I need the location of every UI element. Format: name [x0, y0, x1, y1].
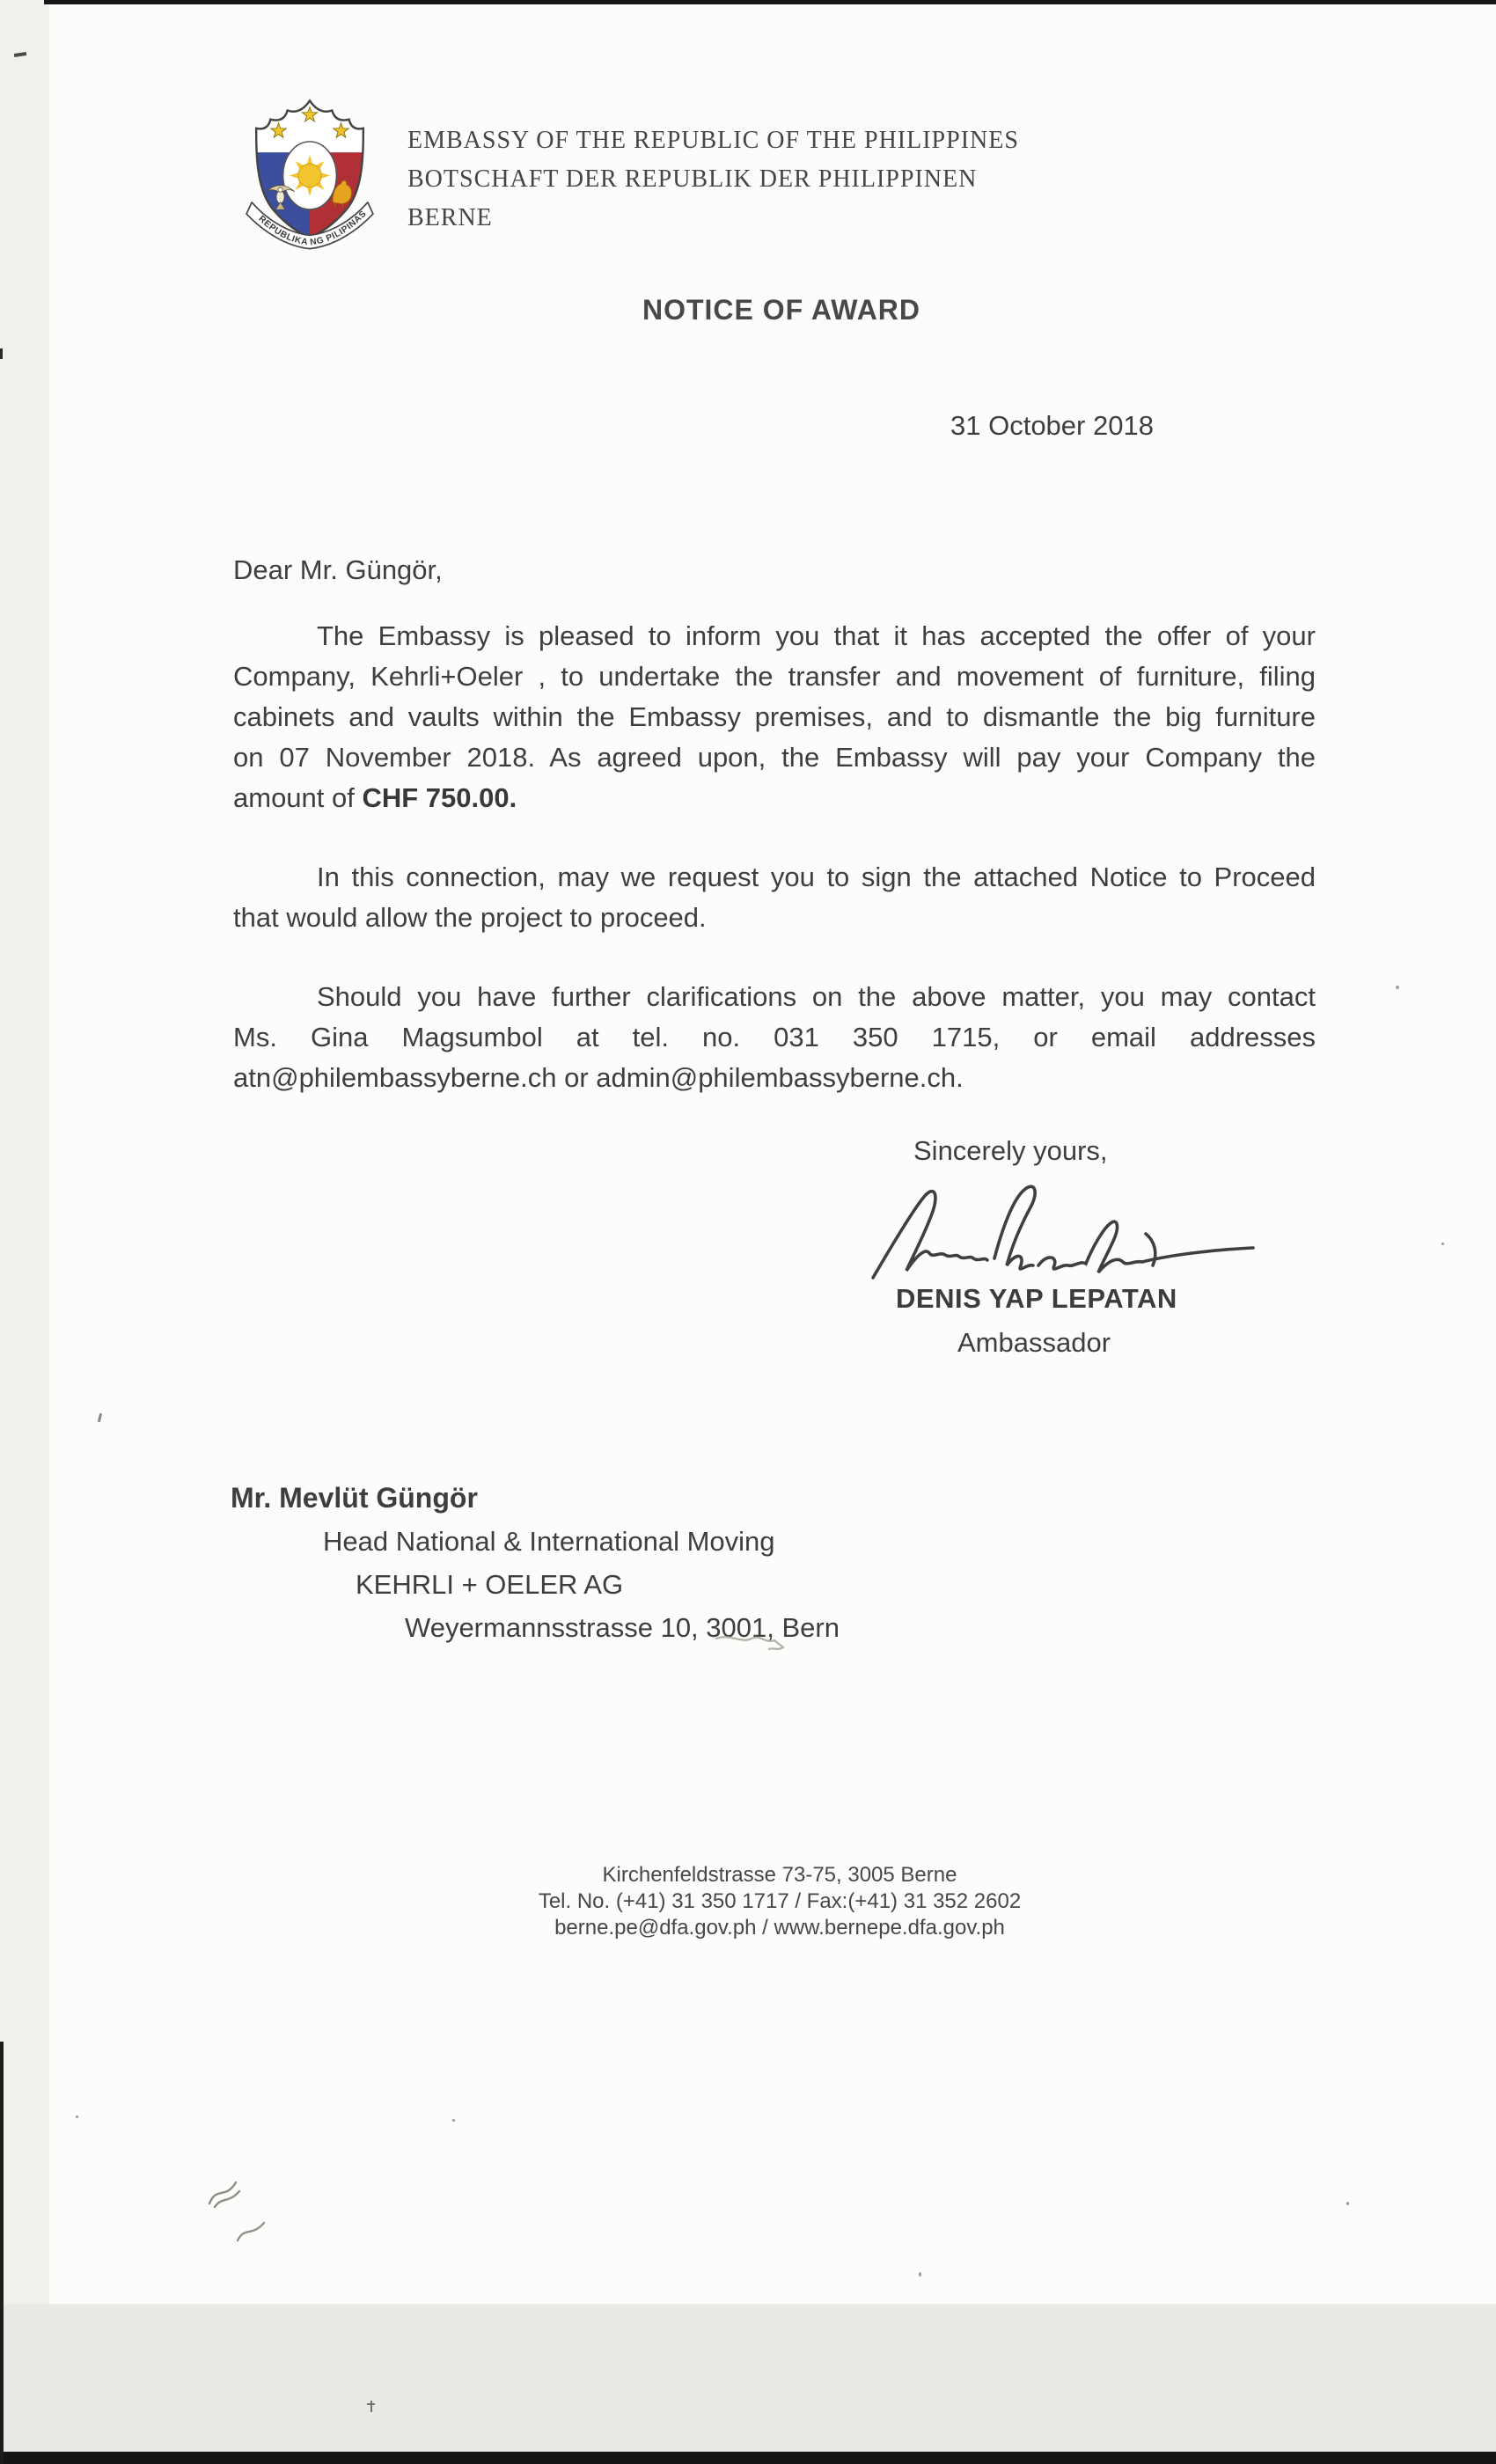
letter-date: 31 October 2018	[950, 410, 1154, 442]
pencil-scribble	[208, 2175, 246, 2218]
body-paragraph: The Embassy is pleased to inform you tha…	[233, 616, 1316, 818]
paragraph-line: In this connection, may we request you t…	[233, 857, 1316, 898]
body-paragraph: Should you have further clarifications o…	[233, 977, 1316, 1098]
paragraph-line: amount of CHF 750.00.	[233, 778, 1316, 818]
embassy-seal: REPUBLIKA NG PILIPINAS	[243, 97, 377, 258]
paragraph-line: on 07 November 2018. As agreed upon, the…	[233, 737, 1316, 778]
scan-artifact	[370, 2401, 372, 2412]
footer-email-web: berne.pe@dfa.gov.ph / www.bernepe.dfa.go…	[539, 1915, 1021, 1941]
philippine-coat-of-arms-icon: REPUBLIKA NG PILIPINAS	[243, 97, 377, 253]
scan-artifact	[1396, 986, 1399, 989]
scanner-edge-bottom	[0, 2452, 1496, 2464]
paragraph-line: The Embassy is pleased to inform you tha…	[233, 616, 1316, 656]
recipient-company: KEHRLI + OELER AG	[231, 1563, 840, 1606]
pencil-mark	[715, 1630, 787, 1659]
letterhead: EMBASSY OF THE REPUBLIC OF THE PHILIPPIN…	[407, 121, 1019, 238]
org-name-en: EMBASSY OF THE REPUBLIC OF THE PHILIPPIN…	[407, 121, 1019, 160]
recipient-block: Mr. Mevlüt Güngör Head National & Intern…	[231, 1477, 840, 1649]
body-paragraph: In this connection, may we request you t…	[233, 857, 1316, 938]
scan-speck	[1346, 2202, 1349, 2205]
letter-title: NOTICE OF AWARD	[642, 294, 920, 326]
paragraph-line: cabinets and vaults within the Embassy p…	[233, 697, 1316, 737]
scan-speck	[1441, 1243, 1444, 1245]
scan-speck	[76, 2116, 78, 2118]
paragraph-line: that would allow the project to proceed.	[233, 898, 1316, 938]
scanner-edge-top	[44, 0, 1496, 4]
scanner-edge-left	[0, 2042, 4, 2464]
scan-artifact	[98, 1413, 102, 1422]
pencil-scribble	[234, 2214, 268, 2252]
paragraph-line: Ms. Gina Magsumbol at tel. no. 031 350 1…	[233, 1017, 1316, 1058]
recipient-name: Mr. Mevlüt Güngör	[231, 1477, 840, 1520]
scan-bottom-shade	[0, 2304, 1496, 2464]
scan-artifact	[367, 2403, 375, 2405]
footer-phone-fax: Tel. No. (+41) 31 350 1717 / Fax:(+41) 3…	[539, 1888, 1021, 1915]
paragraph-line: Company, Kehrli+Oeler , to undertake the…	[233, 656, 1316, 697]
footer-address: Kirchenfeldstrasse 73-75, 3005 Berne	[539, 1862, 1021, 1888]
scan-speck	[919, 2272, 921, 2277]
scanned-letter-page: REPUBLIKA NG PILIPINAS EMBASSY OF THE RE…	[0, 0, 1496, 2464]
valediction: Sincerely yours,	[913, 1135, 1108, 1167]
letter-body: The Embassy is pleased to inform you tha…	[233, 616, 1316, 1137]
handwritten-signature-icon	[862, 1170, 1267, 1311]
org-name-de: BOTSCHAFT DER REPUBLIK DER PHILIPPINEN	[407, 160, 1019, 199]
recipient-role: Head National & International Moving	[231, 1520, 840, 1563]
paragraph-line: atn@philembassyberne.ch or admin@philemb…	[233, 1058, 1316, 1098]
scan-artifact	[0, 348, 3, 359]
signer-title: Ambassador	[957, 1327, 1111, 1359]
org-city: BERNE	[407, 199, 1019, 238]
salutation: Dear Mr. Güngör,	[233, 554, 443, 586]
paragraph-line: Should you have further clarifications o…	[233, 977, 1316, 1017]
scan-left-shade	[0, 0, 49, 2464]
letter-footer: Kirchenfeldstrasse 73-75, 3005 Berne Tel…	[539, 1862, 1021, 1941]
scan-speck	[452, 2119, 455, 2122]
